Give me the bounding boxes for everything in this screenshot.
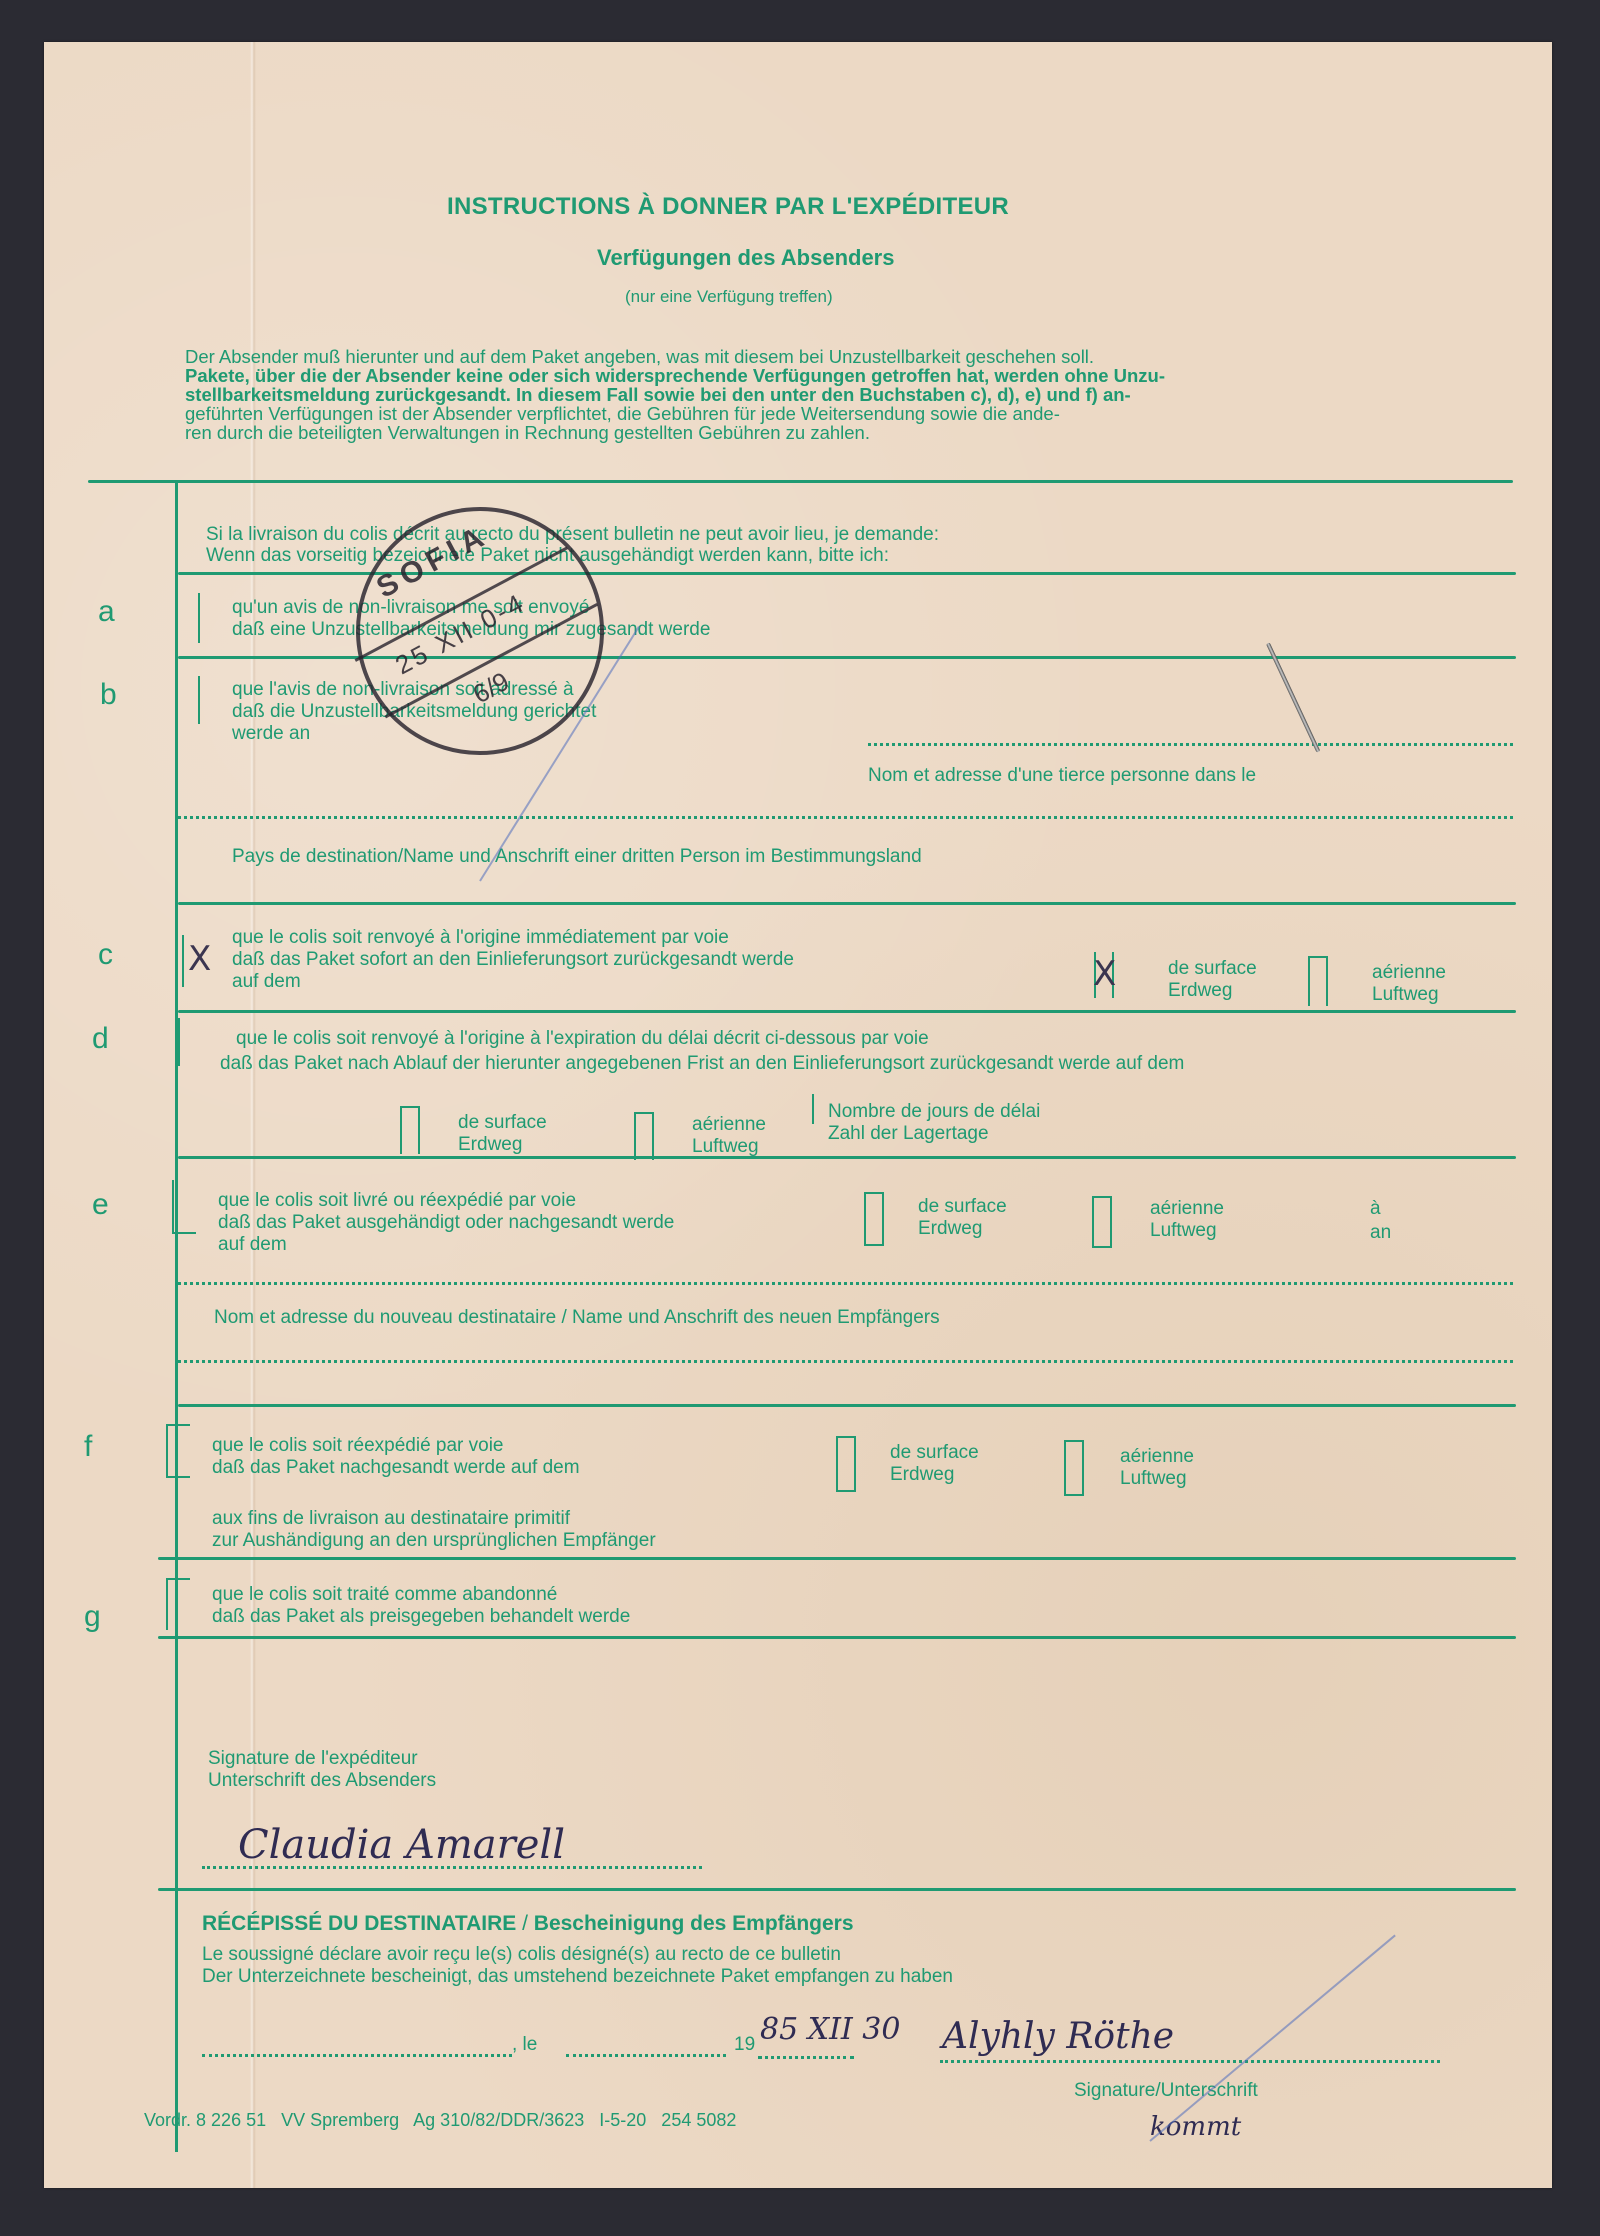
option-c-de2: auf dem xyxy=(232,971,301,992)
option-e-fr: que le colis soit livré ou réexpédié par… xyxy=(218,1190,576,1211)
air-label-de: Luftweg xyxy=(1372,984,1439,1005)
divider-top xyxy=(88,480,1513,483)
surface-label-de: Erdweg xyxy=(918,1218,982,1239)
intro-line: Der Absender muß hierunter und auf dem P… xyxy=(185,347,1165,366)
option-letter: d xyxy=(92,1022,109,1056)
receipt-date-field[interactable] xyxy=(566,2054,726,2057)
receipt-signature-value[interactable]: Alyhly Röthe xyxy=(942,2016,1174,2057)
to-label-de: an xyxy=(1370,1222,1391,1243)
option-d-checkbox[interactable] xyxy=(178,1018,202,1066)
receipt-text-de: Der Unterzeichnete bescheinigt, das umst… xyxy=(202,1966,953,1987)
option-g-de: daß das Paket als preisgegeben behandelt… xyxy=(212,1606,630,1627)
option-d-fr: que le colis soit renvoyé à l'origine à … xyxy=(236,1028,929,1049)
option-c-surface-checkbox[interactable]: X xyxy=(1094,952,1114,998)
option-e-surface-checkbox[interactable] xyxy=(864,1192,884,1246)
air-label-de: Luftweg xyxy=(692,1136,759,1157)
option-letter: a xyxy=(98,595,115,629)
divider xyxy=(178,1404,1516,1407)
option-e-air-checkbox[interactable] xyxy=(1092,1196,1112,1248)
option-b-checkbox[interactable] xyxy=(198,676,222,724)
intro-line: ren durch die beteiligten Verwaltungen i… xyxy=(185,423,1165,442)
third-person-address-field-2[interactable] xyxy=(178,816,1513,819)
receipt-year-handwritten: 85 XII 30 xyxy=(760,2012,900,2047)
title-de: Verfügungen des Absenders xyxy=(597,245,894,271)
option-a-checkbox[interactable] xyxy=(198,593,222,643)
surface-label-fr: de surface xyxy=(458,1112,547,1133)
request-fr: Si la livraison du colis décrit au recto… xyxy=(206,524,939,545)
air-label-fr: aérienne xyxy=(1150,1198,1224,1219)
option-f-purpose-fr: aux fins de livraison au destinataire pr… xyxy=(212,1508,570,1529)
option-e-de1: daß das Paket ausgehändigt oder nachgesa… xyxy=(218,1212,674,1233)
receipt-signature-label: Signature/Unterschrift xyxy=(1074,2080,1258,2101)
receipt-text-fr: Le soussigné déclare avoir reçu le(s) co… xyxy=(202,1944,841,1965)
new-addressee-field-2[interactable] xyxy=(178,1360,1513,1363)
intro-paragraph: Der Absender muß hierunter und auf dem P… xyxy=(185,347,1165,442)
title-fr: INSTRUCTIONS À DONNER PAR L'EXPÉDITEUR xyxy=(447,193,1009,221)
to-label-fr: à xyxy=(1370,1198,1381,1219)
intro-line: Pakete, über die der Absender keine oder… xyxy=(185,366,1165,385)
receipt-place-field[interactable] xyxy=(202,2054,512,2057)
receipt-signature-line xyxy=(940,2060,1440,2063)
third-person-label-de: Pays de destination/Name und Anschrift e… xyxy=(232,846,922,867)
receipt-title-sep: / xyxy=(516,1912,534,1935)
surface-label-fr: de surface xyxy=(1168,958,1257,979)
option-d-air-checkbox[interactable] xyxy=(634,1112,654,1160)
third-person-label-fr: Nom et adresse d'une tierce personne dan… xyxy=(868,765,1256,786)
new-addressee-field[interactable] xyxy=(178,1282,1513,1285)
option-letter: c xyxy=(98,938,113,972)
third-person-address-field[interactable] xyxy=(868,743,1513,746)
air-label-de: Luftweg xyxy=(1150,1220,1217,1241)
divider xyxy=(158,1636,1516,1639)
intro-line: geführten Verfügungen ist der Absender v… xyxy=(185,404,1165,423)
option-g-checkbox[interactable] xyxy=(166,1578,190,1630)
option-letter: g xyxy=(84,1600,101,1634)
air-label-fr: aérienne xyxy=(692,1114,766,1135)
receipt-year-field[interactable] xyxy=(758,2056,854,2059)
sender-signature-label-de: Unterschrift des Absenders xyxy=(208,1770,436,1791)
option-d-de: daß das Paket nach Ablauf der hierunter … xyxy=(220,1053,1184,1074)
option-letter: b xyxy=(100,678,117,712)
option-f-surface-checkbox[interactable] xyxy=(836,1436,856,1492)
days-field-bracket xyxy=(812,1094,814,1124)
receipt-title-fr: RÉCÉPISSÉ DU DESTINATAIRE xyxy=(202,1912,516,1935)
sender-signature-line xyxy=(202,1866,702,1869)
new-addressee-label: Nom et adresse du nouveau destinataire /… xyxy=(214,1307,940,1328)
option-e-checkbox[interactable] xyxy=(172,1180,196,1234)
divider xyxy=(158,1888,1516,1891)
subtitle-de: (nur eine Verfügung treffen) xyxy=(625,287,833,307)
option-f-purpose-de: zur Aushändigung an den ursprünglichen E… xyxy=(212,1530,656,1551)
frame-left-rule xyxy=(175,480,178,2152)
option-c-de1: daß das Paket sofort an den Einlieferung… xyxy=(232,949,794,970)
receipt-year-prefix: 19 xyxy=(734,2034,755,2055)
divider xyxy=(178,1156,1516,1159)
surface-label-de: Erdweg xyxy=(890,1464,954,1485)
option-f-checkbox[interactable] xyxy=(166,1424,190,1478)
receipt-title: RÉCÉPISSÉ DU DESTINATAIRE / Bescheinigun… xyxy=(202,1912,854,1936)
air-label-de: Luftweg xyxy=(1120,1468,1187,1489)
option-b-de2: werde an xyxy=(232,723,310,744)
option-g-fr: que le colis soit traité comme abandonné xyxy=(212,1584,557,1605)
air-label-fr: aérienne xyxy=(1120,1446,1194,1467)
sender-signature-value[interactable]: Claudia Amarell xyxy=(238,1822,565,1868)
option-c-checkbox[interactable]: X xyxy=(182,935,206,987)
surface-label-fr: de surface xyxy=(918,1196,1007,1217)
surface-label-de: Erdweg xyxy=(1168,980,1232,1001)
option-c-air-checkbox[interactable] xyxy=(1308,956,1328,1006)
postmark-code: 6/9 xyxy=(468,666,514,710)
days-label-de: Zahl der Lagertage xyxy=(828,1123,989,1144)
option-c-fr: que le colis soit renvoyé à l'origine im… xyxy=(232,927,729,948)
days-label-fr: Nombre de jours de délai xyxy=(828,1101,1040,1122)
divider xyxy=(158,1557,1516,1560)
option-f-air-checkbox[interactable] xyxy=(1064,1440,1084,1496)
form-imprint: Vordr. 8 226 51 VV Spremberg Ag 310/82/D… xyxy=(144,2110,736,2131)
option-f-fr: que le colis soit réexpédié par voie xyxy=(212,1435,504,1456)
divider xyxy=(178,1010,1516,1013)
surface-label-fr: de surface xyxy=(890,1442,979,1463)
postmark-date: 25 XII 0-4 xyxy=(390,587,531,681)
intro-line: stellbarkeitsmeldung zurückgesandt. In d… xyxy=(185,385,1165,404)
option-letter: f xyxy=(84,1430,92,1464)
receipt-le-label: , le xyxy=(512,2034,537,2055)
option-e-de2: auf dem xyxy=(218,1234,287,1255)
divider xyxy=(178,902,1516,905)
air-label-fr: aérienne xyxy=(1372,962,1446,983)
sender-signature-label-fr: Signature de l'expéditeur xyxy=(208,1748,418,1769)
option-letter: e xyxy=(92,1188,109,1222)
surface-label-de: Erdweg xyxy=(458,1134,522,1155)
option-f-de: daß das Paket nachgesandt werde auf dem xyxy=(212,1457,580,1478)
option-d-surface-checkbox[interactable] xyxy=(400,1106,420,1154)
receipt-title-de: Bescheinigung des Empfängers xyxy=(534,1912,854,1935)
